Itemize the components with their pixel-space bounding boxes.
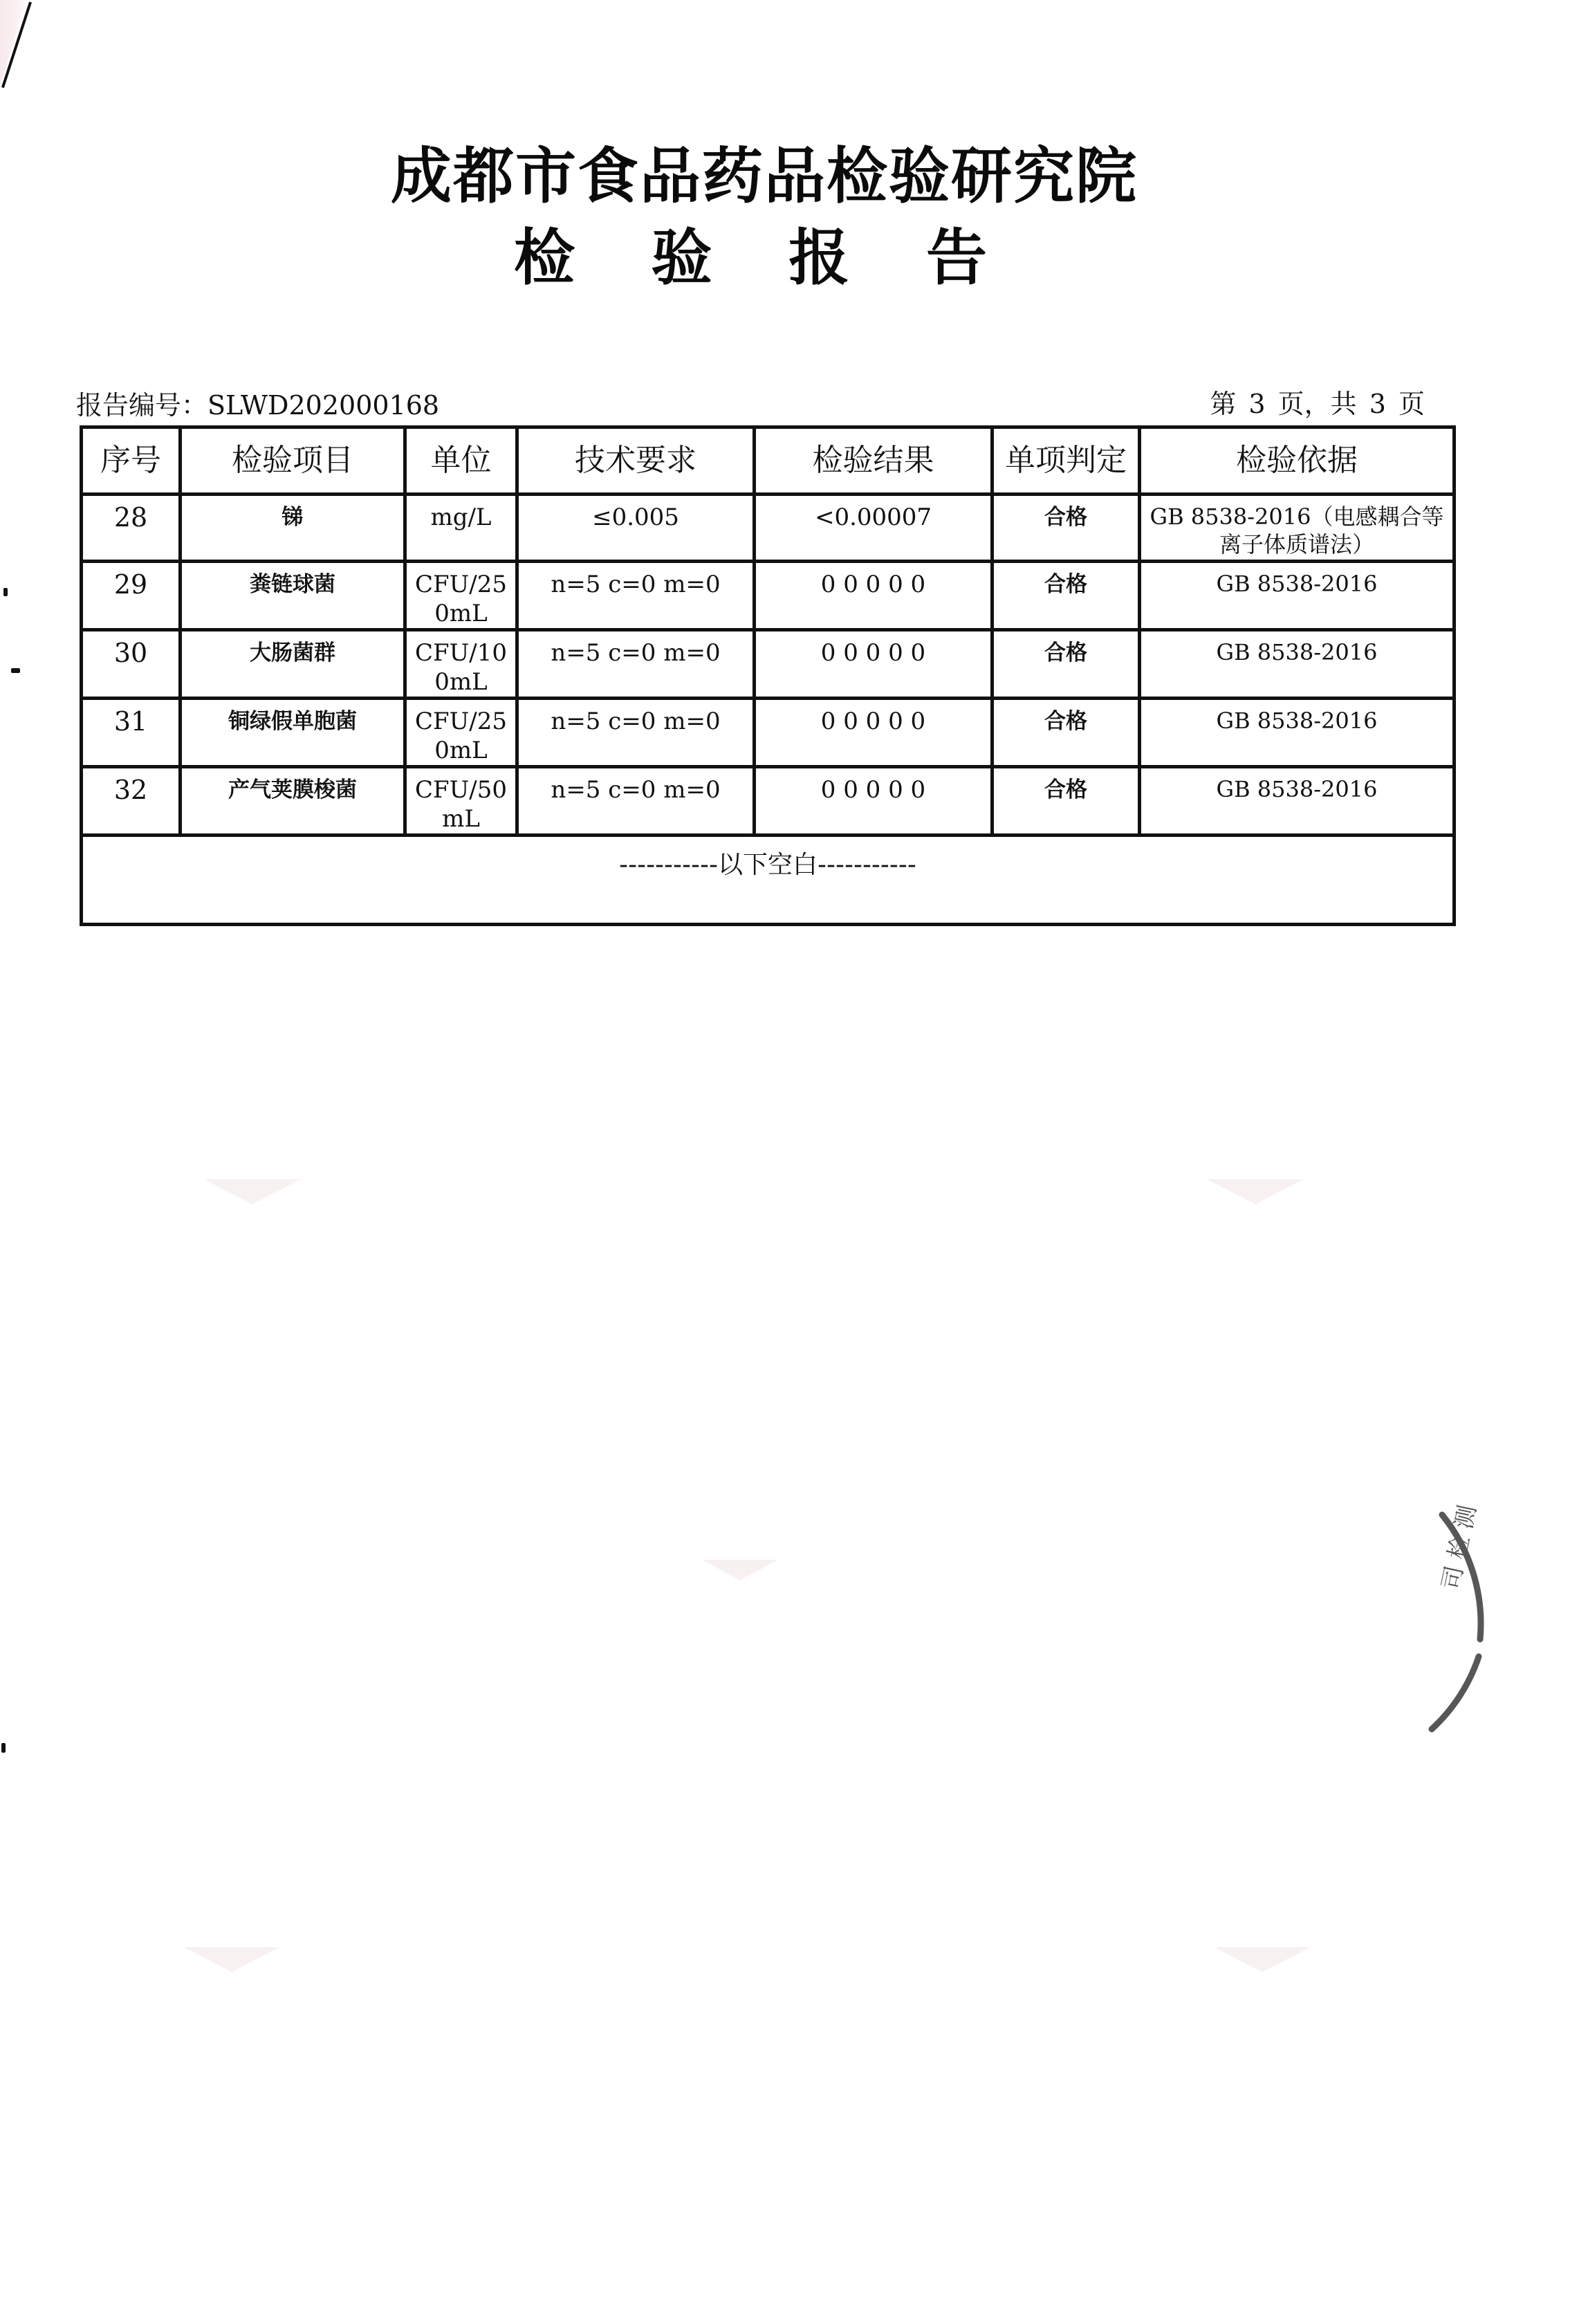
official-seal-stamp: 司 检 测 bbox=[1404, 1501, 1570, 1750]
column-header-basis: 检验依据 bbox=[1140, 427, 1455, 495]
cell-item: 产气荚膜梭菌 bbox=[181, 767, 405, 836]
background-smudge bbox=[1207, 1179, 1304, 1204]
table-footer-row: -----------以下空白----------- bbox=[82, 836, 1455, 925]
cell-requirement: n=5 c=0 m=0 bbox=[517, 699, 755, 767]
cell-basis: GB 8538-2016 bbox=[1140, 699, 1455, 767]
cell-unit: CFU/100mL bbox=[405, 630, 517, 699]
cell-item: 粪链球菌 bbox=[181, 562, 405, 630]
cell-result: 0 0 0 0 0 bbox=[755, 767, 992, 836]
background-smudge bbox=[204, 1179, 301, 1204]
cell-unit: mg/L bbox=[405, 495, 517, 562]
institute-title: 成都市食品药品检验研究院 bbox=[0, 138, 1529, 214]
cell-basis: GB 8538-2016 bbox=[1140, 767, 1455, 836]
cell-seq: 32 bbox=[82, 767, 181, 836]
table-row: 29 粪链球菌 CFU/250mL n=5 c=0 m=0 0 0 0 0 0 … bbox=[82, 562, 1455, 630]
background-smudge bbox=[1214, 1947, 1311, 1972]
cell-judgement: 合格 bbox=[992, 630, 1140, 699]
cell-seq: 30 bbox=[82, 630, 181, 699]
cell-unit: CFU/250mL bbox=[405, 699, 517, 767]
column-header-judgement: 单项判定 bbox=[992, 427, 1140, 495]
cell-item: 锑 bbox=[181, 495, 405, 562]
report-number: 报告编号：SLWD202000168 bbox=[76, 386, 439, 425]
column-header-result: 检验结果 bbox=[755, 427, 992, 495]
table-header-row: 序号 检验项目 单位 技术要求 检验结果 单项判定 检验依据 bbox=[82, 427, 1455, 495]
cell-unit: CFU/50mL bbox=[405, 767, 517, 836]
cell-judgement: 合格 bbox=[992, 699, 1140, 767]
report-number-value: SLWD202000168 bbox=[207, 390, 439, 421]
column-header-item: 检验项目 bbox=[181, 427, 405, 495]
scan-mark bbox=[11, 668, 20, 673]
scan-mark bbox=[1, 1743, 6, 1753]
table-row: 30 大肠菌群 CFU/100mL n=5 c=0 m=0 0 0 0 0 0 … bbox=[82, 630, 1455, 699]
cell-judgement: 合格 bbox=[992, 562, 1140, 630]
report-number-label: 报告编号： bbox=[76, 390, 207, 421]
cell-result: 0 0 0 0 0 bbox=[755, 699, 992, 767]
scan-mark bbox=[3, 588, 8, 596]
column-header-seq: 序号 bbox=[82, 427, 181, 495]
table-row: 32 产气荚膜梭菌 CFU/50mL n=5 c=0 m=0 0 0 0 0 0… bbox=[82, 767, 1455, 836]
cell-seq: 31 bbox=[82, 699, 181, 767]
table-row: 28 锑 mg/L ≤0.005 <0.00007 合格 GB 8538-201… bbox=[82, 495, 1455, 562]
cell-basis: GB 8538-2016 bbox=[1140, 630, 1455, 699]
cell-basis: GB 8538-2016 bbox=[1140, 562, 1455, 630]
cell-requirement: ≤0.005 bbox=[517, 495, 755, 562]
document-title: 检 验 报 告 bbox=[0, 220, 1529, 296]
cell-seq: 28 bbox=[82, 495, 181, 562]
cell-item: 铜绿假单胞菌 bbox=[181, 699, 405, 767]
cell-judgement: 合格 bbox=[992, 495, 1140, 562]
cell-requirement: n=5 c=0 m=0 bbox=[517, 630, 755, 699]
cell-basis: GB 8538-2016（电感耦合等离子体质谱法） bbox=[1140, 495, 1455, 562]
blank-below-note: -----------以下空白----------- bbox=[82, 836, 1455, 925]
cell-result: <0.00007 bbox=[755, 495, 992, 562]
results-table: 序号 检验项目 单位 技术要求 检验结果 单项判定 检验依据 28 锑 mg/L… bbox=[80, 425, 1456, 926]
background-smudge bbox=[183, 1947, 280, 1972]
column-header-unit: 单位 bbox=[405, 427, 517, 495]
cell-result: 0 0 0 0 0 bbox=[755, 630, 992, 699]
cell-requirement: n=5 c=0 m=0 bbox=[517, 562, 755, 630]
cell-seq: 29 bbox=[82, 562, 181, 630]
cell-judgement: 合格 bbox=[992, 767, 1140, 836]
page-info: 第 3 页，共 3 页 bbox=[1210, 385, 1425, 423]
background-smudge bbox=[702, 1560, 778, 1580]
cell-requirement: n=5 c=0 m=0 bbox=[517, 767, 755, 836]
cell-result: 0 0 0 0 0 bbox=[755, 562, 992, 630]
table-row: 31 铜绿假单胞菌 CFU/250mL n=5 c=0 m=0 0 0 0 0 … bbox=[82, 699, 1455, 767]
cell-unit: CFU/250mL bbox=[405, 562, 517, 630]
column-header-requirement: 技术要求 bbox=[517, 427, 755, 495]
cell-item: 大肠菌群 bbox=[181, 630, 405, 699]
